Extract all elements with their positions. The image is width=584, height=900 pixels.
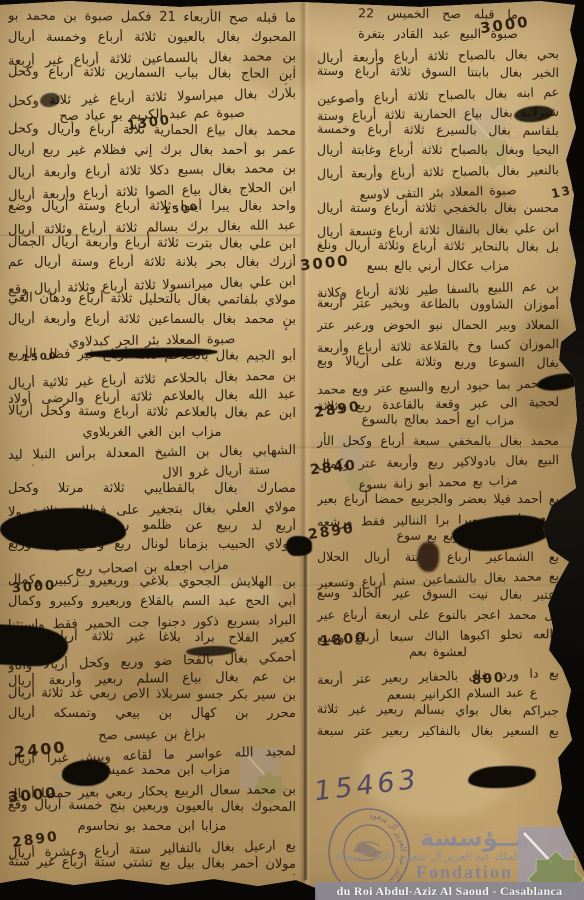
- manuscript-line: مزاب ابن محمد عميش صح: [8, 762, 296, 781]
- ink-blot: [417, 542, 439, 572]
- manuscript-line: ابن عم بغال بالعلاعم ثلاثة أرباع وستة وك…: [8, 402, 296, 423]
- ink-blot: [0, 508, 126, 550]
- manuscript-line: بغال السوعا وربع وثلاثة على أريالا وبع: [317, 351, 559, 372]
- manuscript-line: مزاب عكال أرني بالع بسع: [317, 256, 559, 275]
- scan-background: مــؤسسة الملك عبد العزيز آل سعود - الدار…: [0, 0, 584, 900]
- manuscript-line: بن محمد بغال بالسماعين ثلاثة أرباع وأربع…: [8, 311, 296, 330]
- handwritten-price-number: 3000: [12, 578, 57, 596]
- manuscript-line: محسن بغال بالخفجي ثلاثة أرباع وستة أريال…: [317, 198, 559, 217]
- manuscript-line: بلقاسم بغال بالسيرع ثلاثة أرباع وخمسة أر…: [317, 119, 559, 140]
- manuscript-line: المحبوك بغال بالعيون ثلاثة أرباع وخمسة أ…: [8, 29, 296, 48]
- manuscript-line: اليحيا وبغال بالصباح ثلاثة أرباع وغابتة …: [317, 140, 559, 159]
- manuscript-line: عمر بو أحمد بغال برك إني فظلام غير ربع أ…: [8, 142, 296, 161]
- manuscript-line: أموزان الشاوون بالطاعة وبخير عتر أربعة أ…: [317, 293, 559, 314]
- manuscript-page: مــؤسسة الملك عبد العزيز آل سعود - الدار…: [0, 0, 584, 900]
- manuscript-line: بن سير بكر جسو سربلاذ الاص ربعي غد ثلاثة…: [8, 684, 296, 705]
- manuscript-line: دل محمد اعجر بالنوع على اربعة أرباع عير …: [317, 605, 559, 624]
- manuscript-line: اعتبر بغال نيت السوق عير الخالد وسع: [317, 583, 559, 604]
- manuscript-line: أبي الحج عبد السم بالقلاع وربعيرو وكبيرو…: [8, 593, 296, 612]
- ink-blot: [286, 536, 312, 556]
- foundation-latin-title: Fondation: [416, 862, 513, 883]
- foundation-banner: du Roi Abdul-Aziz Al Saoud - Casablanca: [315, 882, 584, 900]
- manuscript-line: مولان أحمر بغال بيل بع تشتي ستة أرباع غي…: [8, 853, 296, 874]
- foundation-arabic-title: مــؤسسة: [420, 824, 529, 852]
- manuscript-line: جبراكم بغال بواي بسالم ربعير غير ثلاثة أ…: [317, 699, 559, 720]
- handwritten-price-number: 800: [471, 671, 505, 689]
- manuscript-line: مولاي بلفاتمي بغال بالتحليل ثلاثة أرباع …: [8, 289, 296, 310]
- manuscript-line: الخير بغال بابنتا السوق ثلاثة أرباع وستة…: [317, 61, 559, 82]
- center-fold-shadow: [304, 546, 307, 880]
- manuscript-line: بع أحمد فيلا بعضر والجربيع حمضا أرباع بع…: [317, 489, 559, 508]
- manuscript-line: مزاب ابن الغي الغربلاوي: [8, 424, 296, 443]
- manuscript-line: المعلاد وبير الحمال نبو الحوض ورعبر عتر …: [317, 315, 559, 334]
- manuscript-line: مصارك بغال بالقطايبي ثلاثة مرتلا وكحل: [8, 480, 296, 499]
- manuscript-line: واحد بغال يبرا أينوا ثلاثة أرباع وستة أر…: [8, 198, 296, 217]
- manuscript-line: ابن الحاج بغال بباب السمارين ثلاثة أرباع…: [8, 64, 296, 85]
- manuscript-line: محمد بغال بالمخفي سبعة أرباع وكحل الأر: [317, 431, 559, 450]
- manuscript-line: ما قبله صح الأربعاء 21 فكمل صبوة بن محمد…: [8, 7, 296, 28]
- manuscript-line: ابن علي بغال بترت ثلاثة أرباع وأربعة أري…: [8, 233, 296, 254]
- manuscript-line: أزرك بغال بحر بلانة ثلاثة أرباع وستة أري…: [8, 254, 296, 273]
- manuscript-line: بل بغال بالنحاير ثلاثة أرباع وثلاثة أريا…: [317, 235, 559, 256]
- manuscript-line: بع السعير بغال بالنفاكير ربعير عتر سبعة …: [317, 721, 559, 740]
- manuscript-line: محرر بن كهال بن بيعي وتمسكه أريال: [8, 705, 296, 724]
